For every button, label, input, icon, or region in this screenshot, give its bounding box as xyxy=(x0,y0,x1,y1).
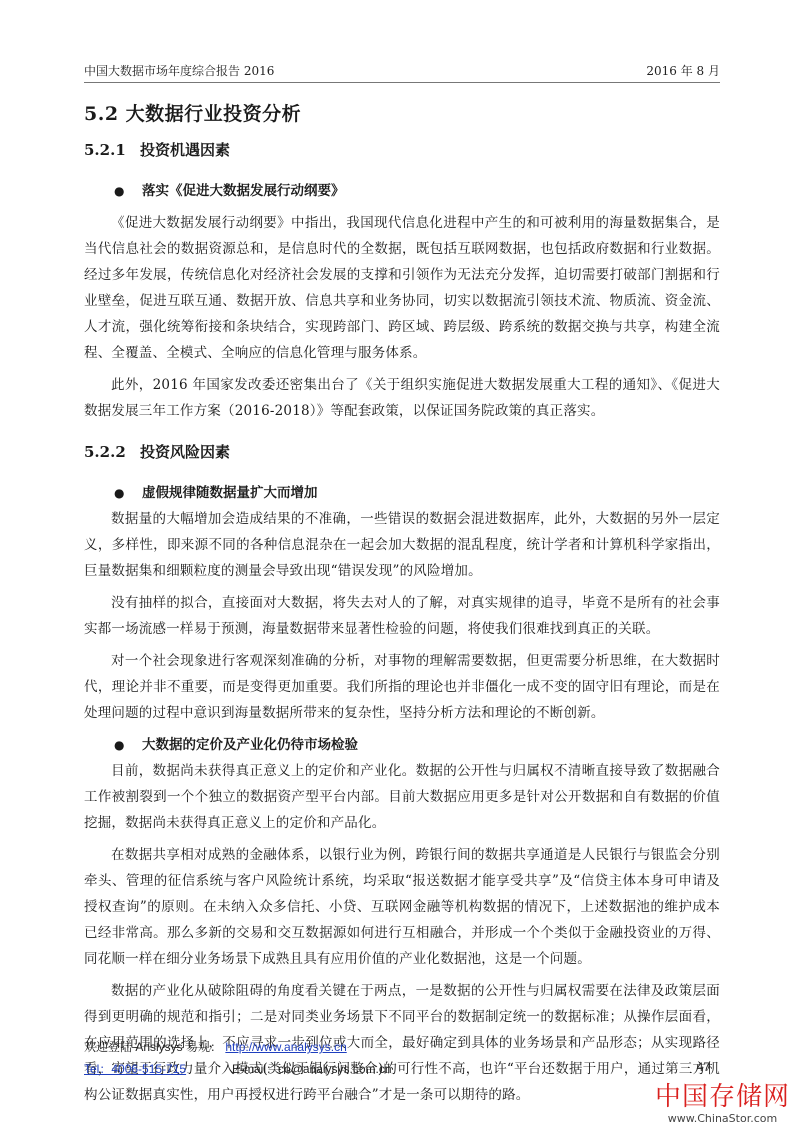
subsection-number: 5.2.1 xyxy=(84,136,140,164)
bullet-heading: ● 落实《促进大数据发展行动纲要》 xyxy=(84,178,720,204)
subsection-title-5-2-2: 5.2.2 投资风险因素 xyxy=(84,438,720,466)
paragraph: 《促进大数据发展行动纲要》中指出，我国现代信息化进程中产生的和可被利用的海量数据… xyxy=(84,210,720,366)
welcome-text: 欢迎登陆 Anslysys 易观： xyxy=(84,1040,222,1054)
paragraph: 没有抽样的拟合，直接面对大数据，将失去对人的了解，对真实规律的追寻，毕竟不是所有… xyxy=(84,590,720,642)
bullet-icon: ● xyxy=(114,178,142,204)
email-text: E-mail：co@analysys.com.cn xyxy=(232,1060,392,1077)
paragraph: 此外，2016 年国家发改委还密集出台了《关于组织实施促进大数据发展重大工程的通… xyxy=(84,372,720,424)
section-title: 5.2 大数据行业投资分析 xyxy=(84,98,720,130)
report-date: 2016 年 8 月 xyxy=(646,62,720,79)
subsection-number: 5.2.2 xyxy=(84,438,140,466)
bullet-icon: ● xyxy=(114,732,142,758)
bullet-title: 大数据的定价及产业化仍待市场检验 xyxy=(142,732,358,758)
bullet-icon: ● xyxy=(114,480,142,506)
watermark-logo: 中国存储网 www.ChinaStor.com xyxy=(655,1082,790,1125)
paragraph: 在数据共享相对成熟的金融体系，以银行业为例，跨银行间的数据共享通道是人民银行与银… xyxy=(84,842,720,972)
tel-link[interactable]: Tel：4006-515-715 xyxy=(84,1062,186,1076)
bullet-title: 落实《促进大数据发展行动纲要》 xyxy=(142,178,345,204)
page-header: 中国大数据市场年度综合报告 2016 2016 年 8 月 xyxy=(84,60,720,83)
page-number: 47 xyxy=(697,1060,710,1074)
page-content: 5.2 大数据行业投资分析 5.2.1 投资机遇因素 ● 落实《促进大数据发展行… xyxy=(84,98,720,1108)
bullet-heading: ● 大数据的定价及产业化仍待市场检验 xyxy=(84,732,720,758)
page-footer: 欢迎登陆 Anslysys 易观： http://www.analysys.cn… xyxy=(84,1038,720,1082)
subsection-title-5-2-1: 5.2.1 投资机遇因素 xyxy=(84,136,720,164)
subsection-label: 投资机遇因素 xyxy=(140,136,230,164)
subsection-label: 投资风险因素 xyxy=(140,438,230,466)
bullet-heading: ● 虚假规律随数据量扩大而增加 xyxy=(84,480,720,506)
paragraph: 目前，数据尚未获得真正意义上的定价和产业化。数据的公开性与归属权不清晰直接导致了… xyxy=(84,758,720,836)
watermark-url: www.ChinaStor.com xyxy=(655,1112,790,1125)
report-title: 中国大数据市场年度综合报告 2016 xyxy=(84,62,274,79)
website-link[interactable]: http://www.analysys.cn xyxy=(225,1040,346,1054)
paragraph: 对一个社会现象进行客观深刻准确的分析，对事物的理解需要数据，但更需要分析思维，在… xyxy=(84,648,720,726)
watermark-name: 中国存储网 xyxy=(655,1082,790,1112)
paragraph: 数据量的大幅增加会造成结果的不准确，一些错误的数据会混进数据库，此外，大数据的另… xyxy=(84,506,720,584)
bullet-title: 虚假规律随数据量扩大而增加 xyxy=(142,480,318,506)
